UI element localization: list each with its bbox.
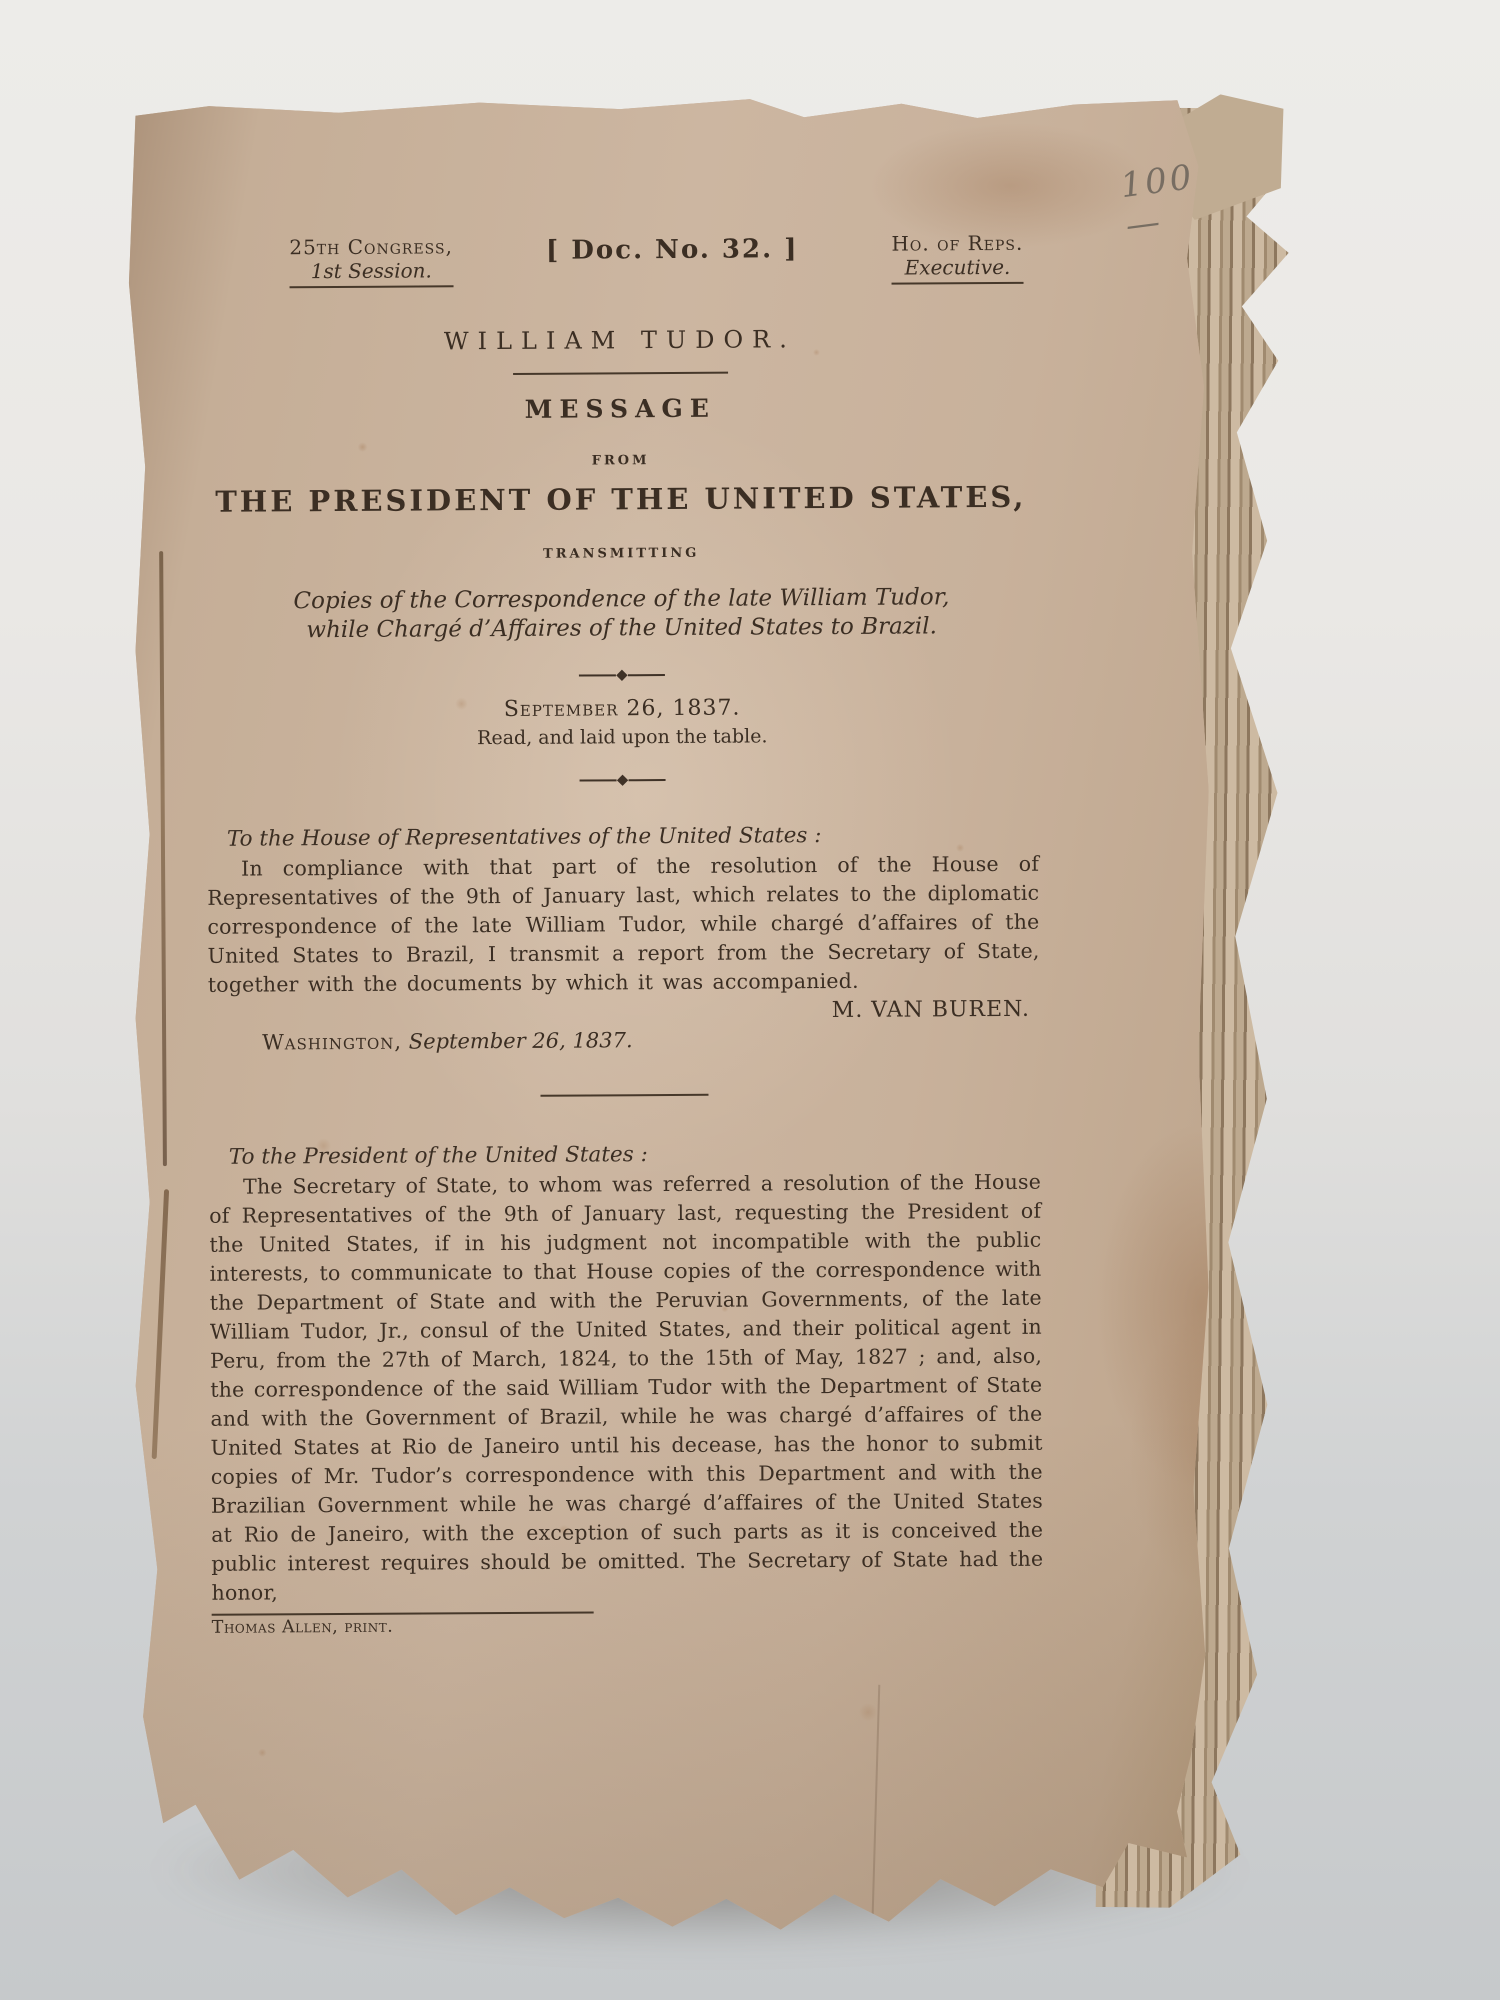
house-message-body: In compliance with that part of the reso… bbox=[207, 850, 1040, 1000]
transmitting-label: TRANSMITTING bbox=[205, 544, 1037, 564]
chamber-line: Ho. of Reps. bbox=[891, 231, 1023, 256]
president-heading: THE PRESIDENT OF THE UNITED STATES, bbox=[205, 480, 1037, 519]
binding-thread-lower bbox=[152, 1189, 169, 1459]
van-buren-signature: M. VAN BUREN. bbox=[208, 997, 1040, 1027]
executive-line: Executive. bbox=[905, 255, 1011, 280]
dateline-date: September 26, 1837. bbox=[409, 1028, 633, 1053]
binding-thread bbox=[159, 551, 167, 1166]
dateline-place: Washington, bbox=[262, 1030, 402, 1055]
table-note: Read, and laid upon the table. bbox=[206, 724, 1038, 751]
document-number: [ Doc. No. 32. ] bbox=[546, 232, 799, 266]
ornament-divider-top bbox=[579, 671, 665, 680]
title-rule bbox=[513, 372, 728, 375]
document-first-page: 100— 25th Congress, 1st Session. [ Doc. … bbox=[122, 93, 1215, 1938]
message-heading: MESSAGE bbox=[204, 392, 1036, 426]
printer-credit: Thomas Allen, print. bbox=[212, 1613, 1044, 1638]
chamber-block: Ho. of Reps. Executive. bbox=[891, 231, 1023, 285]
photograph-background: 100— 25th Congress, 1st Session. [ Doc. … bbox=[0, 0, 1500, 2000]
document-date: September 26, 1837. bbox=[206, 694, 1038, 724]
section-divider-rule bbox=[540, 1094, 708, 1097]
house-salutation: To the House of Representatives of the U… bbox=[227, 822, 1039, 852]
document-header: 25th Congress, 1st Session. [ Doc. No. 3… bbox=[203, 231, 1035, 289]
paper-crease bbox=[871, 1685, 880, 1925]
from-label: FROM bbox=[205, 451, 1037, 471]
subject-title: WILLIAM TUDOR. bbox=[204, 324, 1036, 357]
congress-line: 25th Congress, bbox=[289, 234, 453, 259]
secretary-report-body: The Secretary of State, to whom was refe… bbox=[209, 1168, 1044, 1608]
subtitle-italic: Copies of the Correspondence of the late… bbox=[271, 583, 971, 645]
session-line: 1st Session. bbox=[311, 258, 432, 283]
president-salutation: To the President of the United States : bbox=[229, 1140, 1041, 1170]
washington-dateline: Washington, September 26, 1837. bbox=[262, 1026, 1040, 1055]
printed-content-column: 25th Congress, 1st Session. [ Doc. No. 3… bbox=[203, 231, 1044, 1638]
diamond-ornament-icon bbox=[616, 670, 627, 681]
ornament-divider-bottom bbox=[580, 776, 666, 785]
congress-session-block: 25th Congress, 1st Session. bbox=[289, 234, 453, 288]
diamond-ornament-icon bbox=[617, 775, 628, 786]
